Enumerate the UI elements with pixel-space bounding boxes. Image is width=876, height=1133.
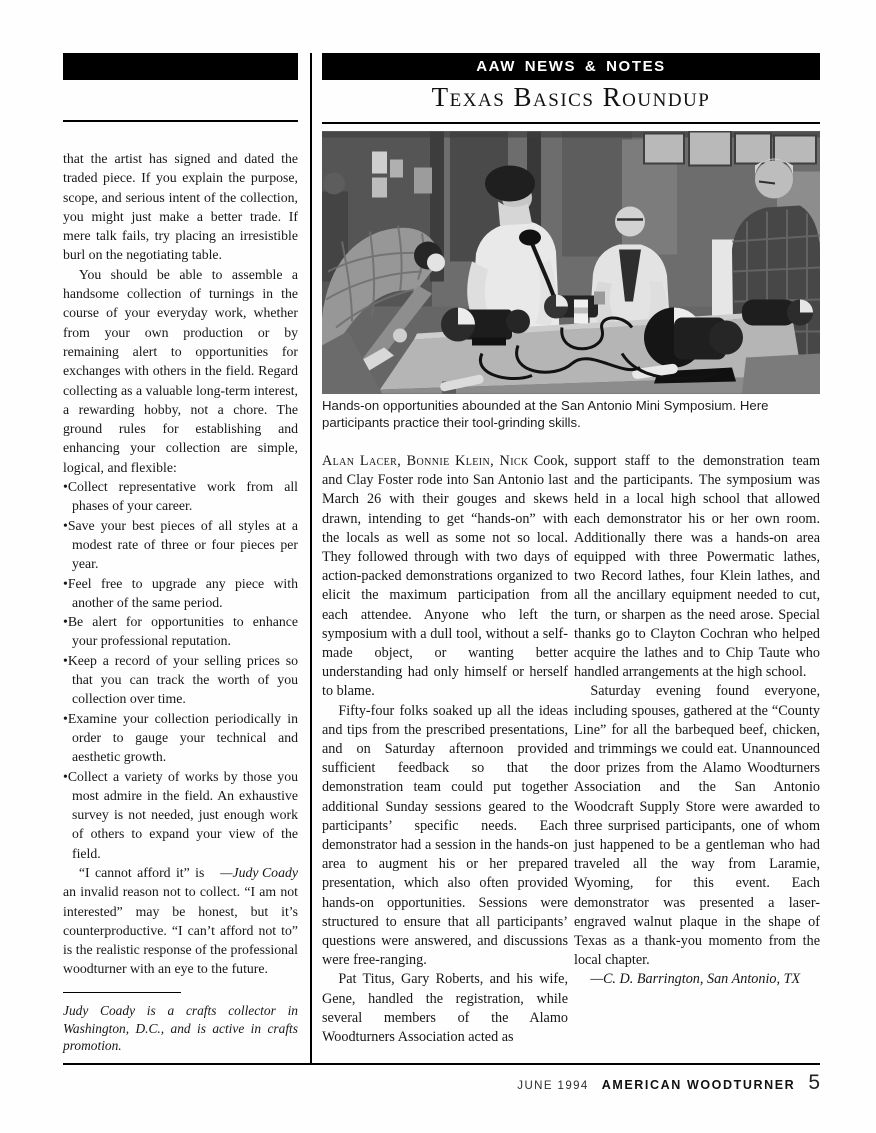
photo-caption: Hands-on opportunities abounded at the S… — [322, 397, 820, 431]
magazine-name: AMERICAN WOODTURNER — [602, 1078, 796, 1092]
workshop-photo-illustration — [322, 131, 820, 394]
list-item: •Keep a record of your selling prices so… — [63, 651, 298, 709]
banner-title: AAW NEWS & NOTES — [476, 58, 666, 75]
left-article-column: that the artist has signed and dated the… — [63, 149, 298, 1055]
paragraph: Pat Titus, Gary Roberts, and his wife, G… — [322, 970, 568, 1047]
paragraph: Alan Lacer, Bonnie Klein, Nick Cook, and… — [322, 452, 568, 702]
paragraph: Saturday evening found everyone, includi… — [574, 682, 820, 970]
article-title: Texas Basics Roundup — [322, 82, 820, 113]
bullet-text: Keep a record of your selling prices so … — [68, 653, 298, 707]
bio-divider — [63, 992, 181, 994]
paragraph: Fifty-four folks soaked up all the ideas… — [322, 702, 568, 971]
bullet-text: Collect representative work from all pha… — [68, 479, 298, 513]
list-item: •Examine your collection periodically in… — [63, 709, 298, 767]
paragraph-text: Cook, and Clay Foster rode into San Anto… — [322, 453, 568, 699]
bullet-text: Save your best pieces of all styles at a… — [68, 518, 298, 572]
left-section-header-bar — [63, 53, 298, 80]
page-number: 5 — [808, 1071, 820, 1095]
symposium-photo — [322, 131, 820, 394]
title-rule — [322, 122, 820, 124]
paragraph: that the artist has signed and dated the… — [63, 149, 298, 265]
list-item: •Feel free to upgrade any piece with ano… — [63, 574, 298, 613]
author-byline: —Judy Coady — [204, 863, 298, 882]
list-item: •Be alert for opportunities to enhance y… — [63, 612, 298, 651]
article-column-2: support staff to the demonstration team … — [574, 452, 820, 990]
magazine-page: AAW NEWS & NOTES Texas Basics Roundup — [0, 0, 876, 1133]
news-banner: AAW NEWS & NOTES — [322, 53, 820, 80]
bullet-text: Be alert for opportunities to enhance yo… — [68, 614, 298, 648]
list-item: •Save your best pieces of all styles at … — [63, 516, 298, 574]
lead-in-names: Alan Lacer, Bonnie Klein, Nick — [322, 453, 529, 469]
list-item: •Collect a variety of works by those you… — [63, 767, 298, 863]
column-divider — [310, 53, 312, 1063]
page-footer: JUNE 1994 AMERICAN WOODTURNER 5 — [63, 1071, 820, 1095]
closing-text: “I cannot afford it” is an invalid reaso… — [63, 865, 298, 976]
closing-paragraph: —Judy Coady“I cannot afford it” is an in… — [63, 863, 298, 979]
paragraph: You should be able to assemble a handsom… — [63, 265, 298, 477]
bullet-text: Feel free to upgrade any piece with anot… — [68, 576, 298, 610]
footer-rule — [63, 1063, 820, 1065]
issue-date: JUNE 1994 — [517, 1080, 588, 1092]
bullet-text: Collect a variety of works by those you … — [68, 769, 298, 861]
guidelines-list: •Collect representative work from all ph… — [63, 477, 298, 863]
article-byline: —C. D. Barrington, San Antonio, TX — [574, 970, 820, 989]
left-column-rule — [63, 120, 298, 122]
bullet-text: Examine your collection periodically in … — [68, 711, 298, 765]
author-bio: Judy Coady is a crafts collector in Wash… — [63, 1002, 298, 1055]
article-column-1: Alan Lacer, Bonnie Klein, Nick Cook, and… — [322, 452, 568, 1047]
paragraph: support staff to the demonstration team … — [574, 452, 820, 682]
list-item: •Collect representative work from all ph… — [63, 477, 298, 516]
